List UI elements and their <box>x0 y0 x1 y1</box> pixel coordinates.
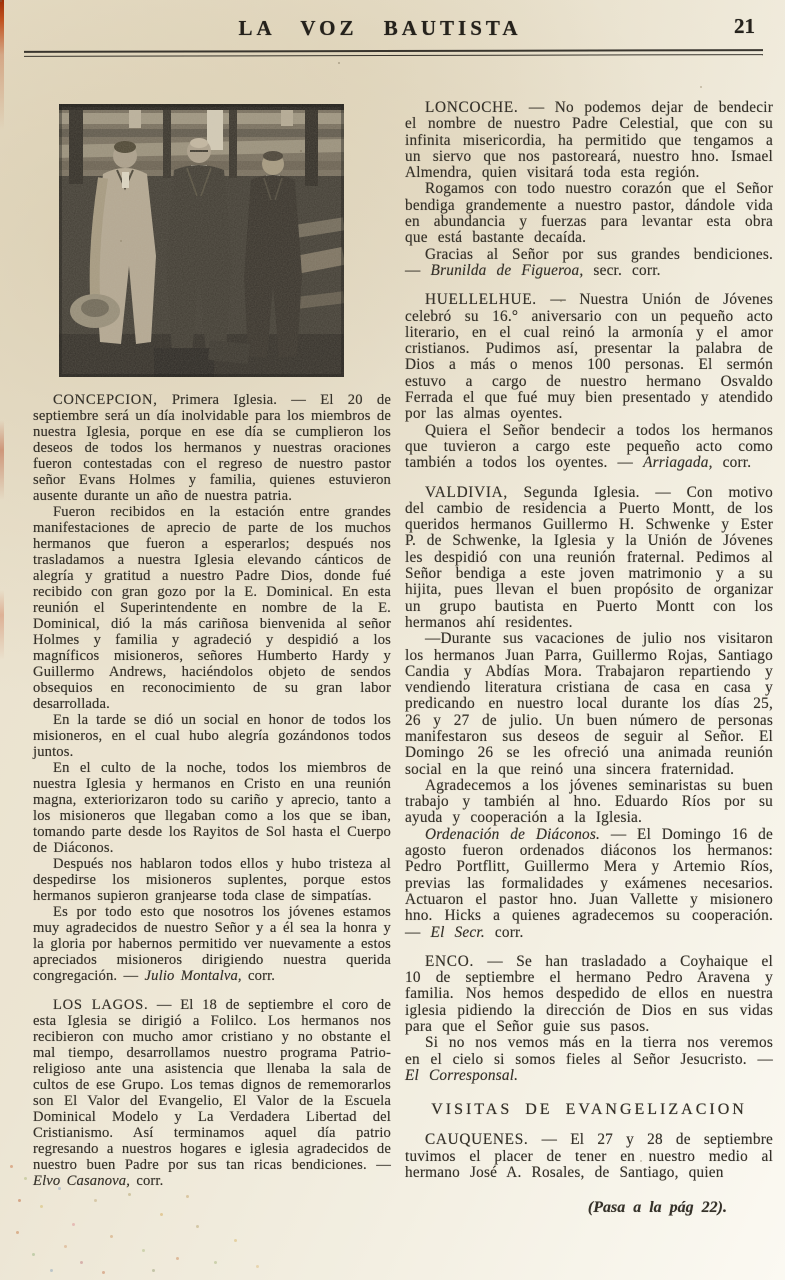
header-rule <box>24 49 763 57</box>
text-segment: —Durante sus vacaciones de julio nos vis… <box>405 630 773 777</box>
paragraph: Quiera el Señor bendecir a todos los her… <box>405 423 773 472</box>
paragraph: Fueron recibidos en la estación entre gr… <box>33 504 391 712</box>
text-segment: Si no nos vemos más en la tierra nos ver… <box>405 1034 773 1067</box>
paragraph: Ordenación de Diáconos. — El Domingo 16 … <box>405 827 773 941</box>
paragraph: En la tarde se dió un social en honor de… <box>33 712 391 760</box>
section-enco: ENCO. — Se han trasladado a Coyhaique el… <box>405 954 773 1084</box>
paragraph: Agradecemos a los jóvenes seminaristas s… <box>405 778 773 827</box>
paragraph: En el culto de la noche, todos los miemb… <box>33 760 391 856</box>
paragraph: Gracias al Señor por sus grandes bendici… <box>405 247 773 280</box>
text-segment: Arriagada, <box>643 454 713 471</box>
text-segment: El Secr. <box>431 924 485 941</box>
text-segment: secr. corr. <box>583 262 660 279</box>
paragraph: ENCO. — Se han trasladado a Coyhaique el… <box>405 954 773 1035</box>
paragraph: —Durante sus vacaciones de julio nos vis… <box>405 631 773 778</box>
text-segment: Rogamos con todo nuestro corazón que el … <box>405 180 773 246</box>
text-segment: Ordenación de Diáconos. <box>425 826 600 843</box>
photo-graphic <box>59 104 344 377</box>
text-segment: VALDIVIA, <box>425 484 508 501</box>
section-valdivia: VALDIVIA, Segunda Iglesia. — Con motivo … <box>405 485 773 941</box>
text-segment: En el culto de la noche, todos los miemb… <box>33 760 391 856</box>
paragraph: Rogamos con todo nuestro corazón que el … <box>405 181 773 246</box>
masthead-title: LA VOZ BAUTISTA <box>0 16 760 41</box>
text-segment: Julio Montalva, <box>145 968 242 984</box>
text-segment: LOS LAGOS. <box>53 997 148 1013</box>
section-concepcion: CONCEPCION, Primera Iglesia. — El 20 de … <box>33 392 391 984</box>
section-cauquenes: CAUQUENES. — El 27 y 28 de septiembre tu… <box>405 1132 773 1181</box>
paragraph: HUELLELHUE. — Nuestra Unión de Jóvenes c… <box>405 292 773 422</box>
paragraph: LONCOCHE. — No podemos dejar de bendecir… <box>405 100 773 181</box>
text-segment: El Corresponsal. <box>405 1067 518 1084</box>
scan-speckle-noise <box>10 1165 13 1168</box>
magazine-page: LA VOZ BAUTISTA 21 <box>0 0 785 1280</box>
right-column: LONCOCHE. — No podemos dejar de bendecir… <box>405 100 773 1217</box>
section-loncoche: LONCOCHE. — No podemos dejar de bendecir… <box>405 100 773 279</box>
paragraph: Si no nos vemos más en la tierra nos ver… <box>405 1035 773 1084</box>
text-segment: corr. <box>242 968 275 984</box>
text-segment: HUELLELHUE. <box>425 291 537 308</box>
section-huellelhue: HUELLELHUE. — Nuestra Unión de Jóvenes c… <box>405 292 773 471</box>
text-segment: Agradecemos a los jóvenes seminaristas s… <box>405 777 773 827</box>
text-segment: Elvo Casanova, <box>33 1173 130 1189</box>
text-segment: Segunda Iglesia. — Con motivo del cambio… <box>405 484 773 631</box>
text-segment: corr. <box>713 454 752 471</box>
continuation-note: (Pasa a la pág 22). <box>405 1199 773 1217</box>
scan-edge-artifact <box>0 0 4 720</box>
left-column: CONCEPCION, Primera Iglesia. — El 20 de … <box>33 100 391 1217</box>
page-number: 21 <box>734 14 755 39</box>
paragraph: CAUQUENES. — El 27 y 28 de septiembre tu… <box>405 1132 773 1181</box>
section-heading-visitas-heading: VISITAS DE EVANGELIZACION <box>405 1101 773 1119</box>
text-segment: corr. <box>485 924 524 941</box>
two-column-body: CONCEPCION, Primera Iglesia. — El 20 de … <box>33 100 773 1217</box>
text-segment: CONCEPCION, <box>53 392 158 408</box>
paragraph: CONCEPCION, Primera Iglesia. — El 20 de … <box>33 392 391 504</box>
text-segment: ENCO. <box>425 953 474 970</box>
paragraph: VALDIVIA, Segunda Iglesia. — Con motivo … <box>405 485 773 632</box>
text-segment: LONCOCHE. <box>425 99 518 116</box>
text-segment: En la tarde se dió un social en honor de… <box>33 712 391 760</box>
text-segment: Primera Iglesia. — El 20 de septiembre s… <box>33 392 391 504</box>
paragraph: Después nos hablaron todos ellos y hubo … <box>33 856 391 904</box>
three-men-photo <box>59 104 344 377</box>
paragraph: Es por todo esto que nosotros los jóvene… <box>33 904 391 984</box>
left-column-sections: CONCEPCION, Primera Iglesia. — El 20 de … <box>33 392 391 1189</box>
right-column-sections: LONCOCHE. — No podemos dejar de bendecir… <box>405 100 773 1217</box>
text-segment: — Nuestra Unión de Jóvenes celebró su 16… <box>405 291 773 422</box>
scan-dust-spots <box>0 0 2 2</box>
text-segment: Después nos hablaron todos ellos y hubo … <box>33 856 391 904</box>
section-los-lagos: LOS LAGOS. — El 18 de septiembre el coro… <box>33 997 391 1189</box>
text-segment: corr. <box>130 1173 163 1189</box>
paragraph: LOS LAGOS. — El 18 de septiembre el coro… <box>33 997 391 1189</box>
text-segment: CAUQUENES. <box>425 1131 528 1148</box>
text-segment: Fueron recibidos en la estación entre gr… <box>33 504 391 712</box>
text-segment: — El 18 de septiembre el coro de esta Ig… <box>33 997 391 1173</box>
text-segment: Brunilda de Figueroa, <box>431 262 584 279</box>
